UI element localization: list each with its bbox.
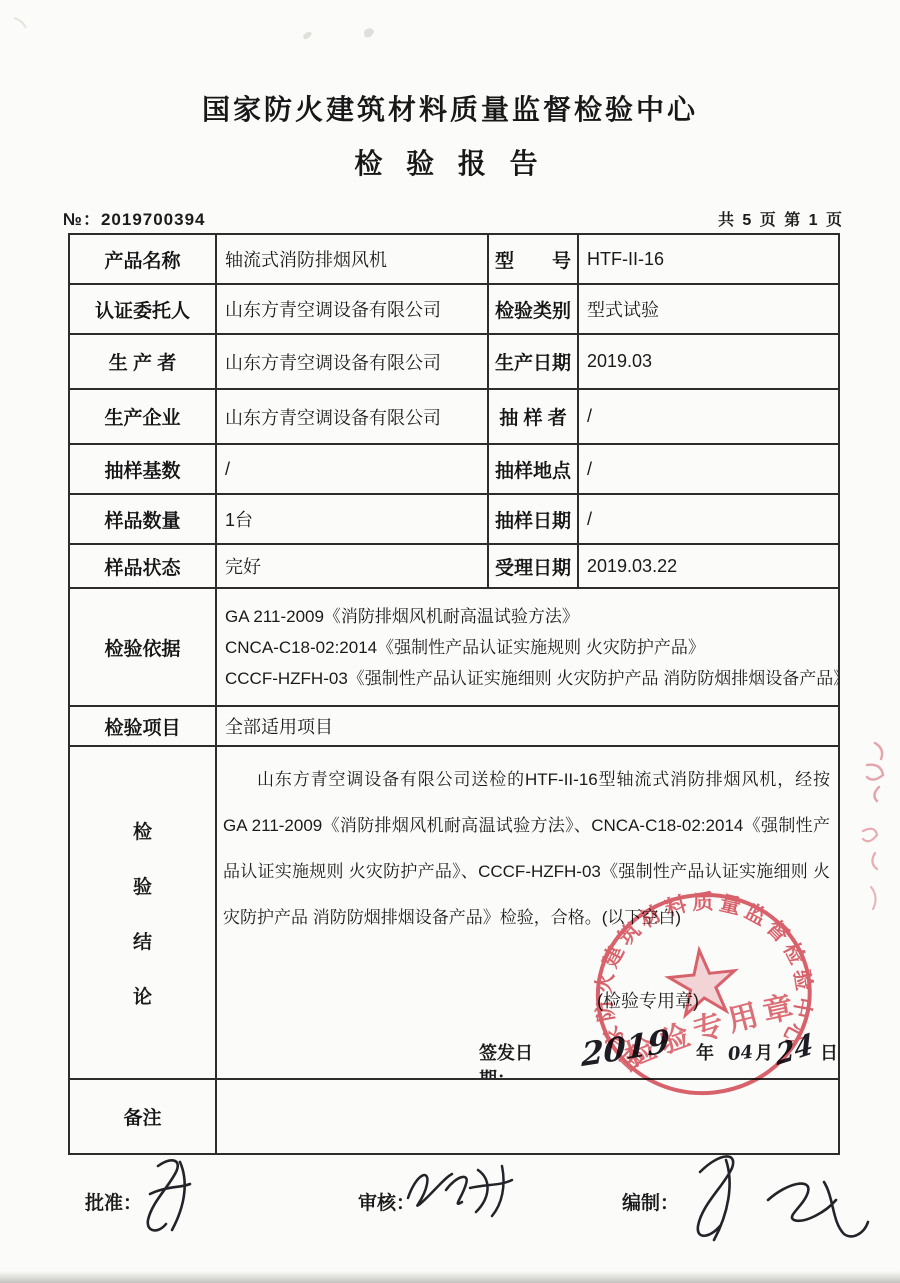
prepare-signature	[672, 1140, 877, 1252]
producer-value: 山东方青空调设备有限公司	[216, 334, 488, 389]
accept-date-value: 2019.03.22	[578, 544, 839, 588]
row-client: 认证委托人 山东方青空调设备有限公司 检验类别 型式试验	[69, 284, 839, 334]
scan-smudge-top	[295, 20, 415, 56]
producer-label: 生 产 者	[69, 334, 216, 389]
seal-note: (检验专用章)	[597, 987, 699, 1013]
basis-line-2: CNCA-C18-02:2014《强制性产品认证实施规则 火灾防护产品》	[225, 632, 830, 663]
conclusion-cell: 山东方青空调设备有限公司送检的HTF-II-16型轴流式消防排烟风机，经按GA …	[216, 746, 839, 1079]
manufacturer-value: 山东方青空调设备有限公司	[216, 389, 488, 444]
model-label: 型 号	[488, 234, 578, 284]
prepare-label: 编制：	[622, 1188, 679, 1215]
basis-value: GA 211-2009《消防排烟风机耐高温试验方法》 CNCA-C18-02:2…	[216, 588, 839, 706]
client-label: 认证委托人	[69, 284, 216, 334]
basis-line-3: CCCF-HZFH-03《强制性产品认证实施细则 火灾防护产品 消防防烟排烟设备…	[225, 663, 830, 694]
conclusion-label: 检 验 结 论	[69, 746, 216, 1079]
sample-date-label: 抽样日期	[488, 494, 578, 544]
sample-qty-label: 样品数量	[69, 494, 216, 544]
day-char: 日	[820, 1039, 838, 1065]
review-signature	[400, 1158, 535, 1220]
center-name-title: 国家防火建筑材料质量监督检验中心	[0, 88, 900, 128]
row-manufacturer: 生产企业 山东方青空调设备有限公司 抽 样 者 /	[69, 389, 839, 444]
product-name-value: 轴流式消防排烟风机	[216, 234, 488, 284]
handwritten-year: 2019	[581, 1022, 670, 1075]
sample-base-label: 抽样基数	[69, 444, 216, 494]
sample-place-value: /	[578, 444, 839, 494]
conclusion-char-3: 结	[133, 927, 152, 954]
sampler-label: 抽 样 者	[488, 389, 578, 444]
sample-state-value: 完好	[216, 544, 488, 588]
basis-line-1: GA 211-2009《消防排烟风机耐高温试验方法》	[225, 601, 830, 632]
report-number: №：2019700394	[63, 205, 206, 230]
row-items: 检验项目 全部适用项目	[69, 706, 839, 746]
approve-label: 批准：	[85, 1188, 142, 1215]
production-date-label: 生产日期	[488, 334, 578, 389]
row-conclusion: 检 验 结 论 山东方青空调设备有限公司送检的HTF-II-16型轴流式消防排烟…	[69, 746, 839, 1079]
page-count: 共 5 页 第 1 页	[718, 207, 844, 230]
year-char: 年	[696, 1039, 714, 1065]
basis-label: 检验依据	[69, 588, 216, 706]
product-name-label: 产品名称	[69, 234, 216, 284]
sample-base-value: /	[216, 444, 488, 494]
row-sample-state: 样品状态 完好 受理日期 2019.03.22	[69, 544, 839, 588]
sample-place-label: 抽样地点	[488, 444, 578, 494]
items-label: 检验项目	[69, 706, 216, 746]
document-title: 检 验 报 告	[0, 142, 900, 182]
handwritten-month: 04	[727, 1042, 754, 1066]
row-sample-base: 抽样基数 / 抽样地点 /	[69, 444, 839, 494]
sample-state-label: 样品状态	[69, 544, 216, 588]
conclusion-char-2: 验	[133, 872, 152, 899]
model-value: HTF-II-16	[578, 234, 839, 284]
test-type-label: 检验类别	[488, 284, 578, 334]
row-remark: 备注	[69, 1079, 839, 1154]
issue-date-label: 签发日期：	[479, 1039, 539, 1079]
row-basis: 检验依据 GA 211-2009《消防排烟风机耐高温试验方法》 CNCA-C18…	[69, 588, 839, 706]
issue-date-line: 签发日期： 2019 年 04 月 24 日	[479, 1029, 838, 1079]
conclusion-paragraph: 山东方青空调设备有限公司送检的HTF-II-16型轴流式消防排烟风机，经按GA …	[223, 757, 830, 941]
row-product: 产品名称 轴流式消防排烟风机 型 号 HTF-II-16	[69, 234, 839, 284]
review-label: 审核：	[358, 1188, 415, 1215]
sampler-value: /	[578, 389, 839, 444]
row-sample-qty: 样品数量 1台 抽样日期 /	[69, 494, 839, 544]
production-date-value: 2019.03	[578, 334, 839, 389]
test-type-value: 型式试验	[578, 284, 839, 334]
inspection-report-page: 国家防火建筑材料质量监督检验中心 检 验 报 告 №：2019700394 共 …	[0, 0, 900, 1283]
row-producer: 生 产 者 山东方青空调设备有限公司 生产日期 2019.03	[69, 334, 839, 389]
remark-value	[216, 1079, 839, 1154]
scan-bottom-edge	[0, 1271, 900, 1283]
sample-date-value: /	[578, 494, 839, 544]
red-margin-marks	[845, 735, 895, 925]
sample-qty-value: 1台	[216, 494, 488, 544]
month-char: 月	[755, 1039, 773, 1065]
conclusion-char-4: 论	[133, 982, 152, 1009]
remark-label: 备注	[69, 1079, 216, 1154]
items-value: 全部适用项目	[216, 706, 839, 746]
conclusion-char-1: 检	[133, 817, 152, 844]
scan-smudge-corner	[8, 10, 38, 40]
handwritten-day: 24	[775, 1027, 814, 1073]
report-info-table: 产品名称 轴流式消防排烟风机 型 号 HTF-II-16 认证委托人 山东方青空…	[68, 233, 840, 1155]
accept-date-label: 受理日期	[488, 544, 578, 588]
client-value: 山东方青空调设备有限公司	[216, 284, 488, 334]
manufacturer-label: 生产企业	[69, 389, 216, 444]
